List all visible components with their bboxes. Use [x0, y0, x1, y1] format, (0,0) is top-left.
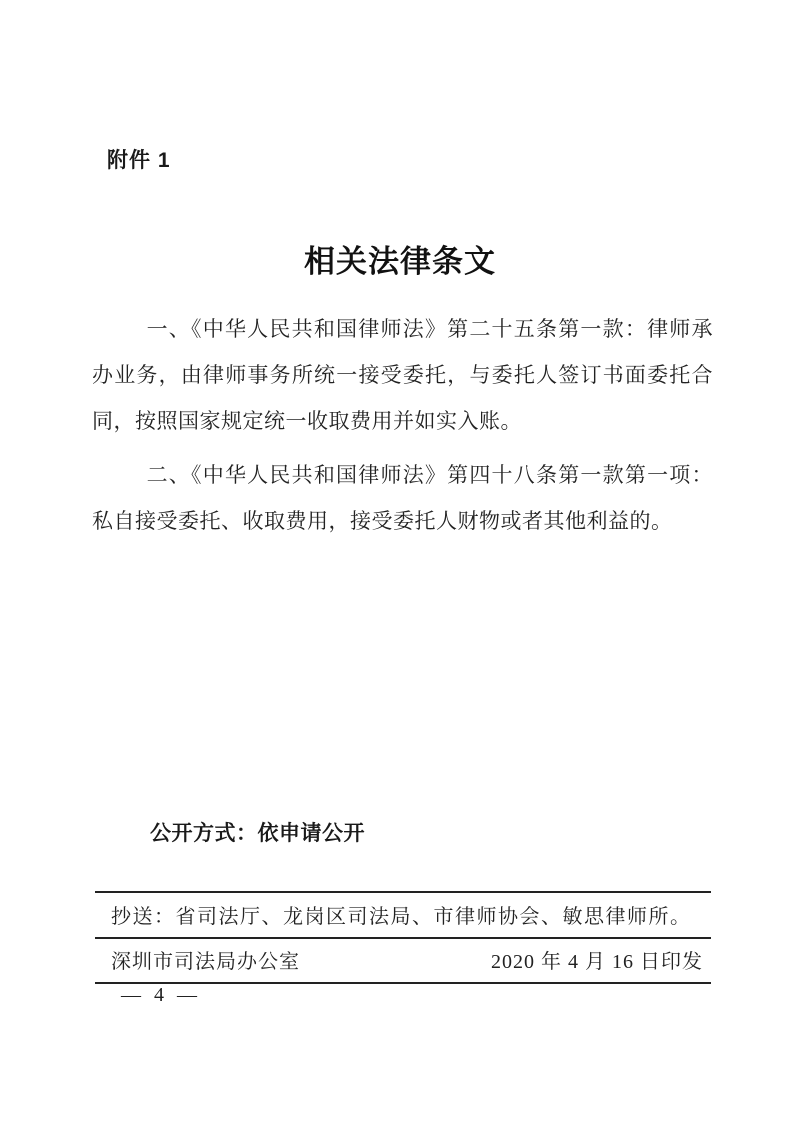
page-title: 相关法律条文 [0, 236, 800, 281]
page-number: — 4 — [121, 984, 201, 1007]
document-footer: 抄送：省司法厅、龙岗区司法局、市律师协会、敏思律师所。 深圳市司法局办公室 20… [95, 891, 711, 984]
document-body: 一、《中华人民共和国律师法》第二十五条第一款：律师承办业务，由律师事务所统一接受… [92, 306, 713, 544]
document-page: 附件 1 相关法律条文 一、《中华人民共和国律师法》第二十五条第一款：律师承办业… [0, 0, 800, 1132]
body-paragraph-2: 二、《中华人民共和国律师法》第四十八条第一款第一项：私自接受委托、收取费用，接受… [92, 452, 713, 544]
issuer-row: 深圳市司法局办公室 2020 年 4 月 16 日印发 [95, 939, 711, 984]
attachment-label: 附件 1 [107, 144, 171, 174]
cc-line: 抄送：省司法厅、龙岗区司法局、市律师协会、敏思律师所。 [95, 893, 711, 939]
print-date: 2020 年 4 月 16 日印发 [491, 945, 703, 974]
issuing-office: 深圳市司法局办公室 [111, 945, 300, 974]
body-paragraph-1: 一、《中华人民共和国律师法》第二十五条第一款：律师承办业务，由律师事务所统一接受… [92, 306, 713, 444]
disclosure-method-line: 公开方式：依申请公开 [150, 817, 365, 847]
